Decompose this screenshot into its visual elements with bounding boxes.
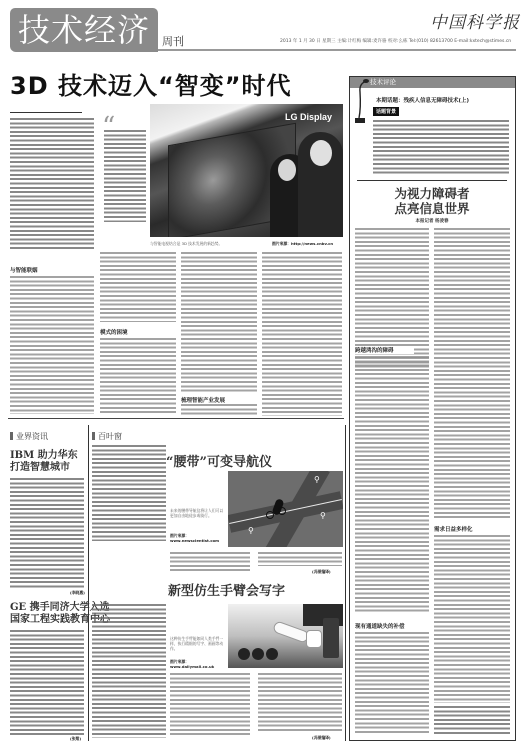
vibrobelt-body-left xyxy=(92,445,166,541)
arm-photo-credit: 图片来源：www.dailymail.co.uk xyxy=(170,659,226,669)
lead-body-col1b xyxy=(10,276,94,414)
ge-body xyxy=(10,630,84,736)
photo-logo: LG Display xyxy=(285,112,332,122)
lead-body-col2b xyxy=(100,338,176,414)
lead-headline: 3D 技术迈入“智变”时代 xyxy=(10,66,292,101)
sidebar-headline-line2: 点亮信息世界 xyxy=(357,201,507,216)
lead-body-col4 xyxy=(262,252,342,416)
arm-body-mid xyxy=(170,673,250,737)
section-title: 技术经济 xyxy=(10,8,158,52)
vibrobelt-photo: ⚲ ⚲ ⚲ xyxy=(228,471,343,547)
fruit xyxy=(238,648,250,660)
sidebar-divider xyxy=(357,180,507,181)
arm-body-left xyxy=(92,604,166,738)
lead-photo-credit: 图片来源：http://news.cnbv.cn xyxy=(272,241,333,247)
bike-wheel xyxy=(278,507,286,515)
lead-photo: LG Display xyxy=(150,104,343,237)
arm-photo-caption: 这种仿生手臂能如同人类手臂一样，执行精细的写字、画画等动作。 xyxy=(170,636,226,651)
lead-body-col1 xyxy=(10,118,94,250)
cup xyxy=(323,618,339,658)
vibrobelt-body-right xyxy=(258,552,342,566)
bionic-hand xyxy=(306,630,322,648)
topic-badge: 话题背景 xyxy=(373,107,399,116)
bike-lane-marking: ⚲ xyxy=(320,511,326,520)
vibrobelt-photo-caption: 未来的腰带导航仪将让人们可以更加自由地徒步或骑行。 xyxy=(170,508,226,518)
sidebar-body-col2a xyxy=(434,228,510,518)
bike-lane-marking: ⚲ xyxy=(248,526,254,535)
vibrobelt-photo-credit: 图片来源：www.newscientist.com xyxy=(170,533,226,543)
lead-subhead-1: 与智能联姻 xyxy=(10,266,38,274)
ibm-body xyxy=(10,478,84,590)
hundred-leaves-label: 百叶窗 xyxy=(92,431,122,442)
lead-byline xyxy=(10,107,82,113)
desk-lamp-icon xyxy=(355,78,369,124)
lead-photo-caption: 与智能电视结合是 3D 技术发展的新趋势。 xyxy=(150,241,222,247)
sidebar-subhead-2: 需求日益多样化 xyxy=(434,525,473,533)
lead-body-col3a xyxy=(181,252,257,392)
paper-logo: 中国科学报 xyxy=(430,8,520,33)
sidebar-subhead-3: 现有通道缺失的补偿 xyxy=(355,622,405,630)
arm-body-right xyxy=(258,673,342,733)
vibrobelt-body-mid xyxy=(170,552,250,572)
ibm-source: (李晓惠) xyxy=(70,590,85,596)
weekly-label: 周刊 xyxy=(162,33,184,49)
column-rule xyxy=(345,425,346,741)
person-face xyxy=(278,159,296,181)
sidebar-footer-note xyxy=(434,706,510,734)
ge-source: (张翔) xyxy=(70,736,81,742)
ibm-headline-line1: IBM 助力华东 xyxy=(10,450,78,462)
column-rule xyxy=(88,425,89,741)
arm-headline: 新型仿生手臂会写字 xyxy=(168,580,285,599)
sidebar-body-col1b xyxy=(355,356,429,612)
lead-body-col3b xyxy=(181,404,257,416)
ibm-headline: IBM 助力华东 打造智慧城市 xyxy=(10,450,78,474)
lead-body-col2a xyxy=(100,252,176,322)
sidebar-headline: 为视力障碍者 点亮信息世界 xyxy=(357,186,507,216)
pull-quote xyxy=(104,130,146,222)
issue-info-line: 2013 年 1 月 30 日 星期三 主编:计红梅 编辑:麦许骆 校对:么栋 … xyxy=(280,38,511,44)
lead-subhead-2: 模式的困境 xyxy=(100,328,128,336)
sidebar-body-col2b xyxy=(434,535,510,703)
fruit xyxy=(266,648,278,660)
lead-subhead-3: 梳理智能产业发展 xyxy=(181,396,225,404)
sidebar-body-col1c xyxy=(355,632,429,734)
arm-source: (冯丽编译) xyxy=(312,735,331,741)
section-divider xyxy=(8,418,344,419)
masthead-rule xyxy=(158,49,516,51)
fruit xyxy=(252,648,264,660)
industry-news-label: 业界资讯 xyxy=(10,431,48,442)
sidebar-subhead-1: 跨越鸿沟的障碍 xyxy=(355,346,414,354)
sidebar-intro xyxy=(373,120,509,176)
ibm-headline-line2: 打造智慧城市 xyxy=(10,462,78,474)
vibrobelt-headline: “腰带”可变导航仪 xyxy=(166,451,272,470)
bionic-arm-photo xyxy=(228,604,343,668)
tech-review-header: 技术评论 xyxy=(350,77,515,88)
topic-line: 本期话题：残疾人信息无障碍技术(上) xyxy=(376,96,469,104)
bike-lane-marking: ⚲ xyxy=(314,475,320,484)
sidebar-byline: 本报记者 杨凌春 xyxy=(357,218,507,224)
person-face xyxy=(310,140,332,166)
bike-wheel xyxy=(266,511,274,519)
vibrobelt-source: (冯丽编译) xyxy=(312,569,331,575)
sidebar-headline-line1: 为视力障碍者 xyxy=(357,186,507,201)
